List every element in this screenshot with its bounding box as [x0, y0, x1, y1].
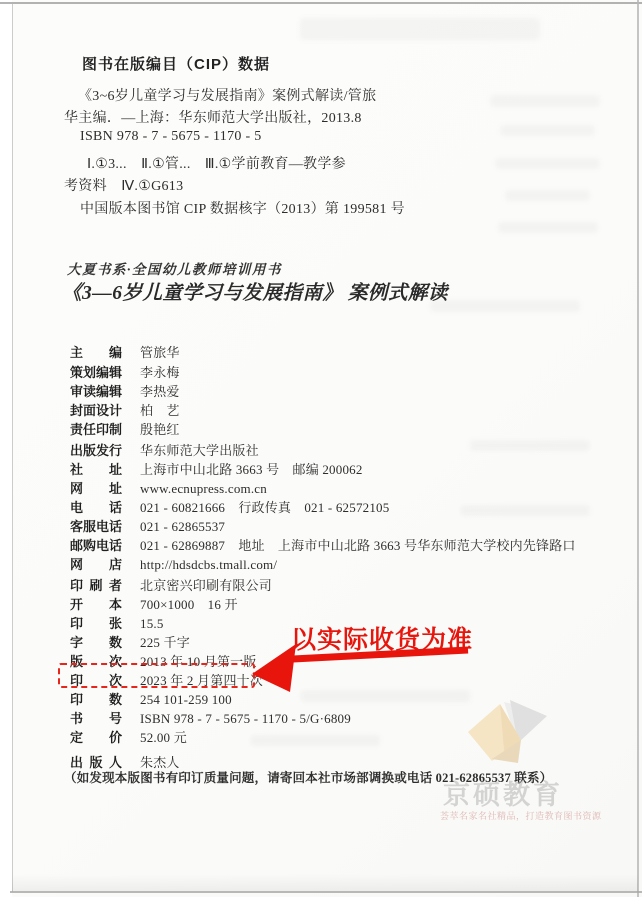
print-row-impression: 印次2023 年 2 月第四十次 — [70, 670, 263, 688]
row-label: 封面设计 — [70, 400, 122, 419]
row-label: 字数 — [70, 632, 122, 651]
watermark-origami-book-logo — [458, 696, 553, 766]
print-row: 印张15.5 — [70, 613, 164, 631]
row-label: 版次 — [70, 651, 122, 670]
staff-row: 策划编辑李永梅 — [70, 362, 180, 380]
cip-line: Ⅰ.①3... Ⅱ.①管... Ⅲ.①学前教育—教学参 — [87, 153, 346, 173]
row-label: 邮购电话 — [70, 535, 122, 554]
row-label: 网址 — [70, 478, 122, 497]
row-label: 网店 — [70, 554, 122, 573]
row-value: 225 千字 — [140, 632, 190, 651]
row-label: 出版发行 — [70, 440, 122, 459]
row-value: 李热爱 — [140, 381, 180, 400]
row-value: ISBN 978 - 7 - 5675 - 1170 - 5/G·6809 — [140, 711, 351, 727]
seller-annotation-text: 以实际收货为准 — [291, 620, 473, 656]
print-row: 版次2013 年 10 月第一版 — [70, 651, 257, 669]
publisher-row: 网址www.ecnupress.com.cn — [70, 478, 267, 496]
cip-line: 考资料 Ⅳ.①G613 — [64, 175, 183, 195]
row-label: 印刷者 — [70, 575, 122, 594]
publisher-row: 电话021 - 60821666 行政传真 021 - 62572105 — [70, 497, 389, 515]
row-label: 社址 — [70, 459, 122, 478]
print-row: 印刷者北京密兴印刷有限公司 — [70, 575, 272, 593]
watermark-tagline: 荟萃名家名社精品，打造教育图书资源 — [440, 809, 602, 822]
publisher-row: 社址上海市中山北路 3663 号 邮编 200062 — [70, 459, 363, 477]
publisher-row: 客服电话021 - 62865537 — [70, 516, 225, 534]
publisher-row: 邮购电话021 - 62869887 地址 上海市中山北路 3663 号华东师范… — [70, 535, 576, 553]
publisher-row: 出版发行华东师范大学出版社 — [70, 440, 259, 458]
row-label: 开本 — [70, 594, 122, 613]
row-value: http://hdsdcbs.tmall.com/ — [140, 557, 277, 573]
row-value: 上海市中山北路 3663 号 邮编 200062 — [140, 459, 363, 478]
cip-line: 中国版本图书馆 CIP 数据核字（2013）第 199581 号 — [80, 198, 405, 218]
series-line: 大夏书系·全国幼儿教师培训用书 — [67, 258, 282, 278]
staff-row: 封面设计柏 艺 — [70, 400, 180, 418]
print-row: 字数225 千字 — [70, 632, 190, 650]
scan-border-right — [637, 0, 639, 897]
row-label: 定价 — [70, 727, 122, 746]
cip-heading: 图书在版编目（CIP）数据 — [82, 53, 270, 74]
row-value: 2013 年 10 月第一版 — [140, 651, 257, 670]
scanned-copyright-page: 图书在版编目（CIP）数据 《3~6岁儿童学习与发展指南》案例式解读/管旅 华主… — [0, 0, 642, 897]
row-label: 印次 — [70, 670, 122, 689]
row-value: 021 - 62869887 地址 上海市中山北路 3663 号华东师范大学校内… — [140, 535, 576, 554]
row-value: 700×1000 16 开 — [140, 594, 238, 613]
scan-border-left — [12, 4, 13, 892]
row-value: 柏 艺 — [140, 400, 180, 419]
publisher-row: 网店http://hdsdcbs.tmall.com/ — [70, 554, 277, 572]
row-value: 华东师范大学出版社 — [140, 440, 259, 459]
cip-line: 华主编．—上海：华东师范大学出版社，2013.8 — [64, 107, 362, 127]
staff-row: 主编管旅华 — [70, 342, 180, 360]
print-row: 开本700×1000 16 开 — [70, 594, 238, 612]
cip-line: ISBN 978 - 7 - 5675 - 1170 - 5 — [80, 129, 262, 145]
row-label: 审读编辑 — [70, 381, 122, 400]
row-value: 北京密兴印刷有限公司 — [140, 575, 272, 594]
print-row: 印数254 101-259 100 — [70, 689, 232, 707]
row-value: www.ecnupress.com.cn — [140, 481, 267, 497]
row-value: 52.00 元 — [140, 727, 187, 746]
book-title: 《3—6岁儿童学习与发展指南》 案例式解读 — [62, 277, 448, 305]
row-label: 责任印制 — [70, 419, 122, 438]
staff-row: 责任印制殷艳红 — [70, 419, 180, 437]
row-label: 书号 — [70, 708, 122, 727]
row-label: 印数 — [70, 689, 122, 708]
row-value: 管旅华 — [140, 342, 180, 361]
row-value: 15.5 — [140, 616, 164, 632]
watermark-brand: 京硕教育 — [443, 773, 563, 812]
staff-row: 审读编辑李热爱 — [70, 381, 180, 399]
row-label: 印张 — [70, 613, 122, 632]
row-label: 电话 — [70, 497, 122, 516]
row-value: 殷艳红 — [140, 419, 180, 438]
row-value: 2023 年 2 月第四十次 — [140, 670, 263, 689]
row-label: 策划编辑 — [70, 362, 122, 381]
scan-left-margin — [0, 0, 12, 897]
row-label: 主编 — [70, 342, 122, 361]
print-row: 书号ISBN 978 - 7 - 5675 - 1170 - 5/G·6809 — [70, 708, 351, 726]
scan-border-top — [0, 2, 642, 4]
row-value: 254 101-259 100 — [140, 692, 232, 708]
scan-shadow-bottom — [12, 874, 638, 891]
print-row: 定价52.00 元 — [70, 727, 187, 745]
row-value: 021 - 60821666 行政传真 021 - 62572105 — [140, 497, 389, 516]
row-value: 李永梅 — [140, 362, 180, 381]
row-value: 021 - 62865537 — [140, 519, 225, 535]
row-label: 客服电话 — [70, 516, 122, 535]
scan-border-bottom — [10, 891, 642, 893]
cip-line: 《3~6岁儿童学习与发展指南》案例式解读/管旅 — [78, 85, 376, 105]
